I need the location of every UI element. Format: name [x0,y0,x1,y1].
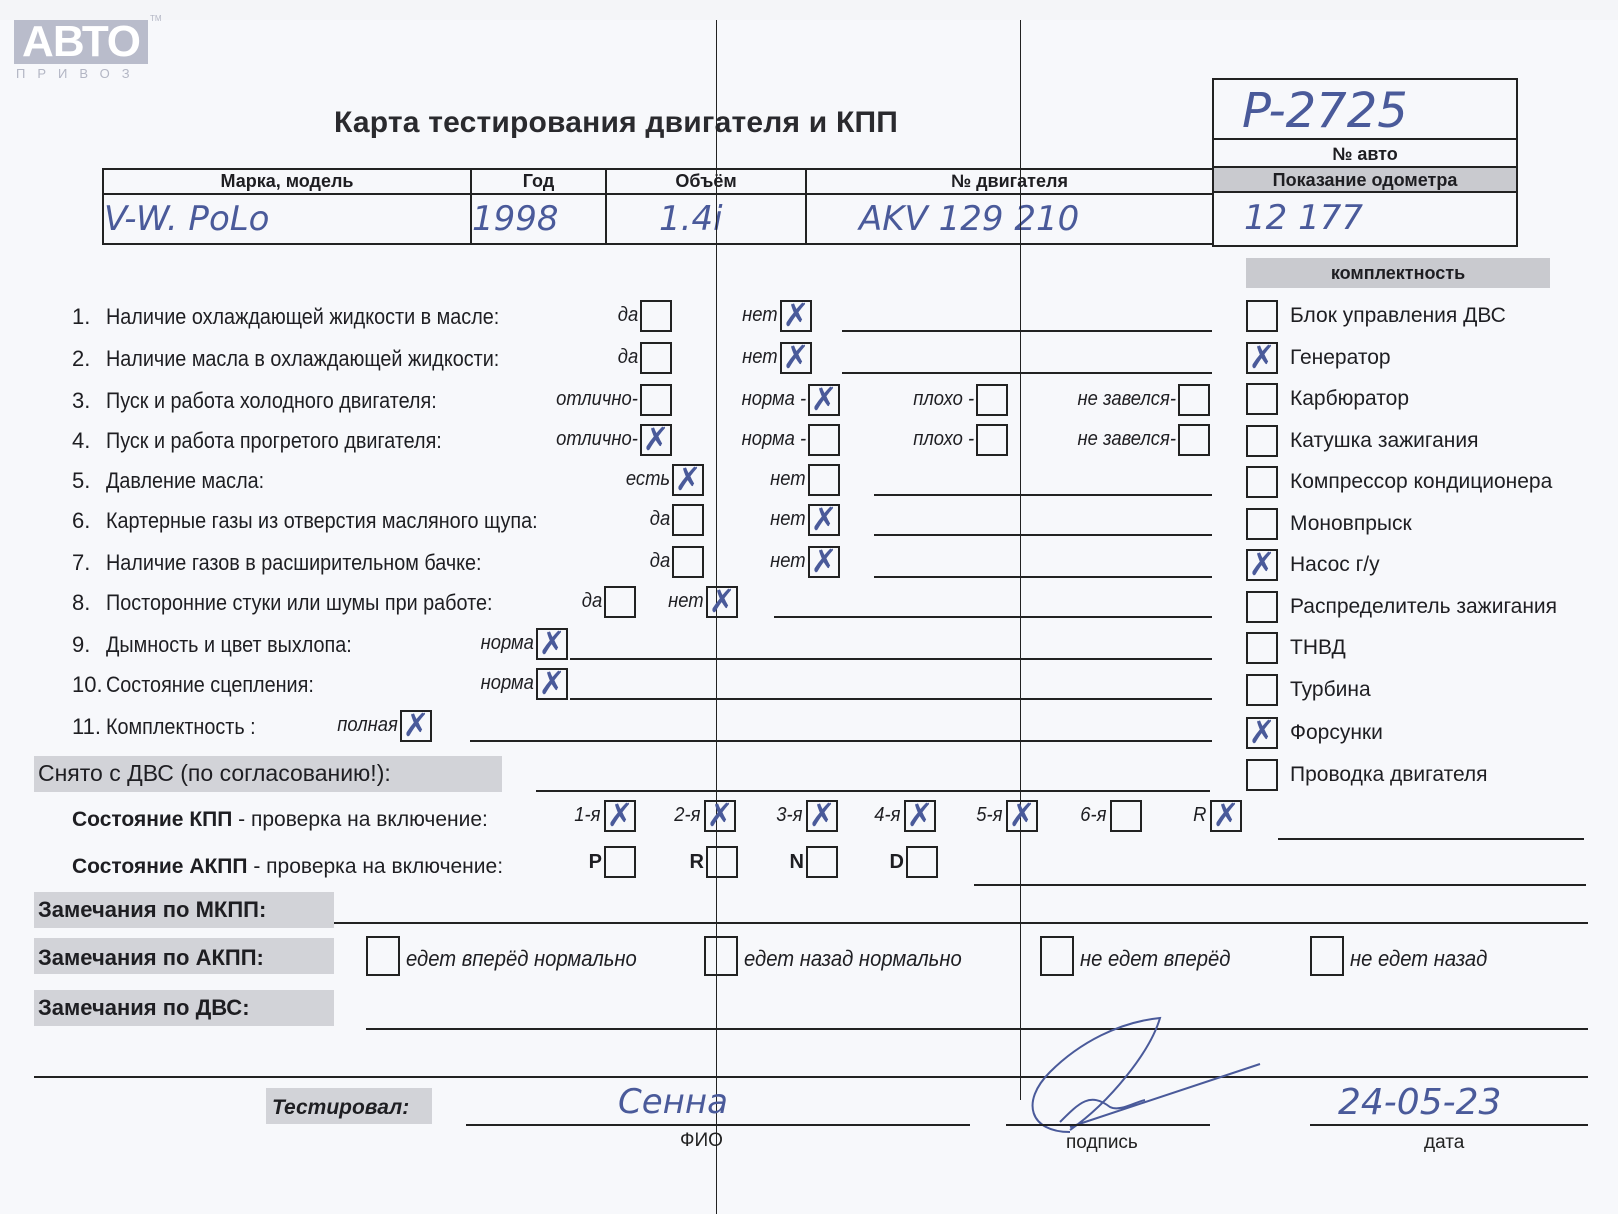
option-label: не завелся- [1078,428,1176,451]
signature-caption: подпись [1066,1132,1138,1154]
gear-checkbox[interactable] [1110,800,1142,832]
value-volume[interactable]: 1.4i [606,194,806,244]
name-line [466,1124,970,1126]
option-label: отлично- [556,388,638,411]
signature-line [1006,1124,1210,1126]
check-mark-icon: ✗ [1246,717,1278,749]
completeness-item-label: Моновпрыск [1290,512,1412,536]
scan-line [1020,20,1021,1100]
option-label: отлично- [556,428,638,451]
removed-label: Снято с ДВС (по согласованию!): [38,760,391,787]
answer-line[interactable] [570,658,1212,660]
question-number: 5. [72,468,90,494]
header-make-model: Марка, модель [103,169,471,194]
question-number: 8. [72,590,90,616]
odometer-value[interactable]: 12 177 [1212,193,1518,247]
auto-gearbox-line[interactable] [974,884,1586,886]
remarks-extra-line[interactable] [34,1076,1588,1078]
question-text: Наличие масла в охлаждающей жидкости: [106,346,499,372]
answer-line[interactable] [874,576,1212,578]
completeness-checkbox[interactable] [1246,425,1278,457]
option-label: нет [743,304,778,327]
option-checkbox[interactable] [808,424,840,456]
auto-gearbox-label-rest: - проверка на включение: [248,855,504,878]
check-mark-icon: ✗ [806,800,838,832]
check-mark-icon: ✗ [400,710,432,742]
completeness-item-label: ТНВД [1290,636,1346,660]
auto-number-label: № авто [1214,140,1516,168]
check-mark-icon: ✗ [1246,342,1278,374]
akpp-remark-label: едет вперёд нормально [406,946,637,972]
option-label: норма [481,632,534,655]
question-number: 7. [72,550,90,576]
completeness-checkbox[interactable] [1246,674,1278,706]
answer-line[interactable] [842,372,1212,374]
date-line [1310,1124,1588,1126]
option-checkbox[interactable] [640,384,672,416]
header-engine-number: № двигателя [806,169,1213,194]
option-label: да [618,304,638,327]
gear-label: 6-я [1080,804,1106,827]
question-text: Посторонние стуки или шумы при работе: [106,590,492,616]
gear-checkbox[interactable] [706,846,738,878]
check-mark-icon: ✗ [640,424,672,456]
question-text: Картерные газы из отверстия масляного щу… [106,508,538,534]
option-checkbox[interactable] [640,300,672,332]
check-mark-icon: ✗ [706,586,738,618]
answer-line[interactable] [874,494,1212,496]
completeness-checkbox[interactable] [1246,759,1278,791]
remarks-dvs-label: Замечания по ДВС: [38,995,250,1021]
option-checkbox[interactable] [604,586,636,618]
option-label: да [650,550,670,573]
option-label: нет [743,346,778,369]
gear-label: R [1193,804,1206,827]
gear-label: D [890,851,904,874]
gear-checkbox[interactable] [604,846,636,878]
completeness-checkbox[interactable] [1246,466,1278,498]
option-label: плохо - [913,388,974,411]
vehicle-info-table: Марка, модель Год Объём № двигателя V-W.… [102,168,1214,245]
option-checkbox[interactable] [672,546,704,578]
check-mark-icon: ✗ [1006,800,1038,832]
completeness-item-label: Форсунки [1290,721,1383,745]
date-caption: дата [1424,1132,1464,1154]
option-label: да [582,590,602,613]
tester-name-value[interactable]: Сенна [618,1082,728,1122]
question-number: 9. [72,632,90,658]
completeness-item-label: Катушка зажигания [1290,429,1478,453]
completeness-header: комплектность [1246,258,1550,288]
check-mark-icon: ✗ [672,464,704,496]
logo-avto-privoz: АВТО [14,20,148,64]
option-checkbox[interactable] [672,504,704,536]
check-mark-icon: ✗ [536,628,568,660]
logo-trademark: TM [150,14,162,23]
akpp-remark-checkbox[interactable] [704,936,738,976]
completeness-item-label: Турбина [1290,678,1371,702]
option-checkbox[interactable] [640,342,672,374]
option-label: полная [337,714,398,737]
question-number: 3. [72,388,90,414]
check-mark-icon: ✗ [536,668,568,700]
signature[interactable] [1010,1012,1270,1152]
option-checkbox[interactable] [1178,424,1210,456]
question-text: Давление масла: [106,468,264,494]
option-checkbox[interactable] [976,384,1008,416]
completeness-item-label: Проводка двигателя [1290,763,1488,787]
akpp-remark-checkbox[interactable] [1040,936,1074,976]
check-mark-icon: ✗ [808,384,840,416]
completeness-checkbox[interactable] [1246,591,1278,623]
remarks-mkpp-label: Замечания по МКПП: [38,897,266,923]
answer-line[interactable] [874,534,1212,536]
option-label: не завелся- [1078,388,1176,411]
option-label: норма - [742,388,806,411]
manual-gearbox-label-rest: - проверка на включение: [232,808,488,831]
completeness-item-label: Блок управления ДВС [1290,304,1506,328]
odometer-label: Показание одометра [1212,166,1518,193]
date-value[interactable]: 24-05-23 [1338,1082,1501,1123]
akpp-remark-label: не едет вперёд [1080,946,1230,972]
check-mark-icon: ✗ [808,504,840,536]
question-number: 11. [72,714,101,740]
akpp-remark-label: едет назад нормально [744,946,962,972]
header-year: Год [471,169,606,194]
question-text: Наличие охлаждающей жидкости в масле: [106,304,499,330]
question-number: 2. [72,346,90,372]
manual-gearbox-label-bold: Состояние КПП [72,808,232,831]
remarks-akpp-label: Замечания по АКПП: [38,945,264,971]
check-mark-icon: ✗ [780,342,812,374]
tested-by-label: Тестировал: [272,1096,409,1120]
check-mark-icon: ✗ [780,300,812,332]
completeness-item-label: Генератор [1290,346,1391,370]
option-checkbox[interactable] [976,424,1008,456]
option-label: нет [771,468,806,491]
completeness-checkbox[interactable] [1246,508,1278,540]
answer-line[interactable] [842,330,1212,332]
manual-gearbox-line[interactable] [1278,838,1584,840]
option-checkbox[interactable] [1178,384,1210,416]
gear-label: 4-я [874,804,900,827]
option-label: нет [771,550,806,573]
logo-subtitle: ПРИВОЗ [16,66,142,81]
question-number: 1. [72,304,90,330]
gear-label: 3-я [776,804,802,827]
gear-label: N [790,851,804,874]
completeness-item-label: Карбюратор [1290,387,1409,411]
completeness-item-label: Компрессор кондиционера [1290,470,1552,494]
check-mark-icon: ✗ [1246,549,1278,581]
gear-label: 5-я [976,804,1002,827]
value-year[interactable]: 1998 [471,194,606,244]
option-checkbox[interactable] [808,464,840,496]
value-engine-number[interactable]: AKV 129 210 [806,194,1213,244]
option-label: есть [626,468,670,491]
option-label: нет [669,590,704,613]
option-label: нет [771,508,806,531]
answer-line[interactable] [570,698,1212,700]
remarks-dvs-line[interactable] [366,1028,1588,1030]
auto-gearbox-label: Состояние АКПП - проверка на включение: [72,855,503,879]
question-number: 4. [72,428,90,454]
question-text: Пуск и работа холодного двигателя: [106,388,437,414]
manual-gearbox-label: Состояние КПП - проверка на включение: [72,808,488,832]
removed-line[interactable] [536,790,1210,792]
completeness-checkbox[interactable] [1246,300,1278,332]
completeness-checkbox[interactable] [1246,383,1278,415]
question-number: 6. [72,508,90,534]
option-label: норма [481,672,534,695]
akpp-remark-label: не едет назад [1350,946,1487,972]
gear-checkbox[interactable] [906,846,938,878]
gear-checkbox[interactable] [806,846,838,878]
option-label: норма - [742,428,806,451]
auto-gearbox-label-bold: Состояние АКПП [72,855,248,878]
question-number: 10. [72,672,103,698]
answer-line[interactable] [774,616,1212,618]
name-caption: ФИО [680,1130,723,1152]
check-mark-icon: ✗ [1210,800,1242,832]
check-mark-icon: ✗ [604,800,636,832]
check-mark-icon: ✗ [904,800,936,832]
completeness-item-label: Распределитель зажигания [1290,595,1557,619]
check-mark-icon: ✗ [704,800,736,832]
option-label: да [650,508,670,531]
gear-label: 2-я [674,804,700,827]
answer-line[interactable] [470,740,1212,742]
question-text: Комплектность : [106,714,256,740]
question-text: Пуск и работа прогретого двигателя: [106,428,442,454]
gear-label: 1-я [574,804,600,827]
gear-label: P [589,851,602,874]
check-mark-icon: ✗ [808,546,840,578]
auto-number-value[interactable]: P-2725 [1214,80,1516,140]
value-make-model[interactable]: V-W. PoLo [103,194,471,244]
completeness-item-label: Насос г/у [1290,553,1380,577]
question-text: Дымность и цвет выхлопа: [106,632,352,658]
gear-label: R [690,851,704,874]
page-title: Карта тестирования двигателя и КПП [334,106,898,140]
option-label: плохо - [913,428,974,451]
akpp-remark-checkbox[interactable] [366,936,400,976]
completeness-checkbox[interactable] [1246,632,1278,664]
question-text: Наличие газов в расширительном бачке: [106,550,482,576]
question-text: Состояние сцепления: [106,672,314,698]
option-label: да [618,346,638,369]
header-volume: Объём [606,169,806,194]
remarks-mkpp-line[interactable] [334,922,1588,924]
akpp-remark-checkbox[interactable] [1310,936,1344,976]
